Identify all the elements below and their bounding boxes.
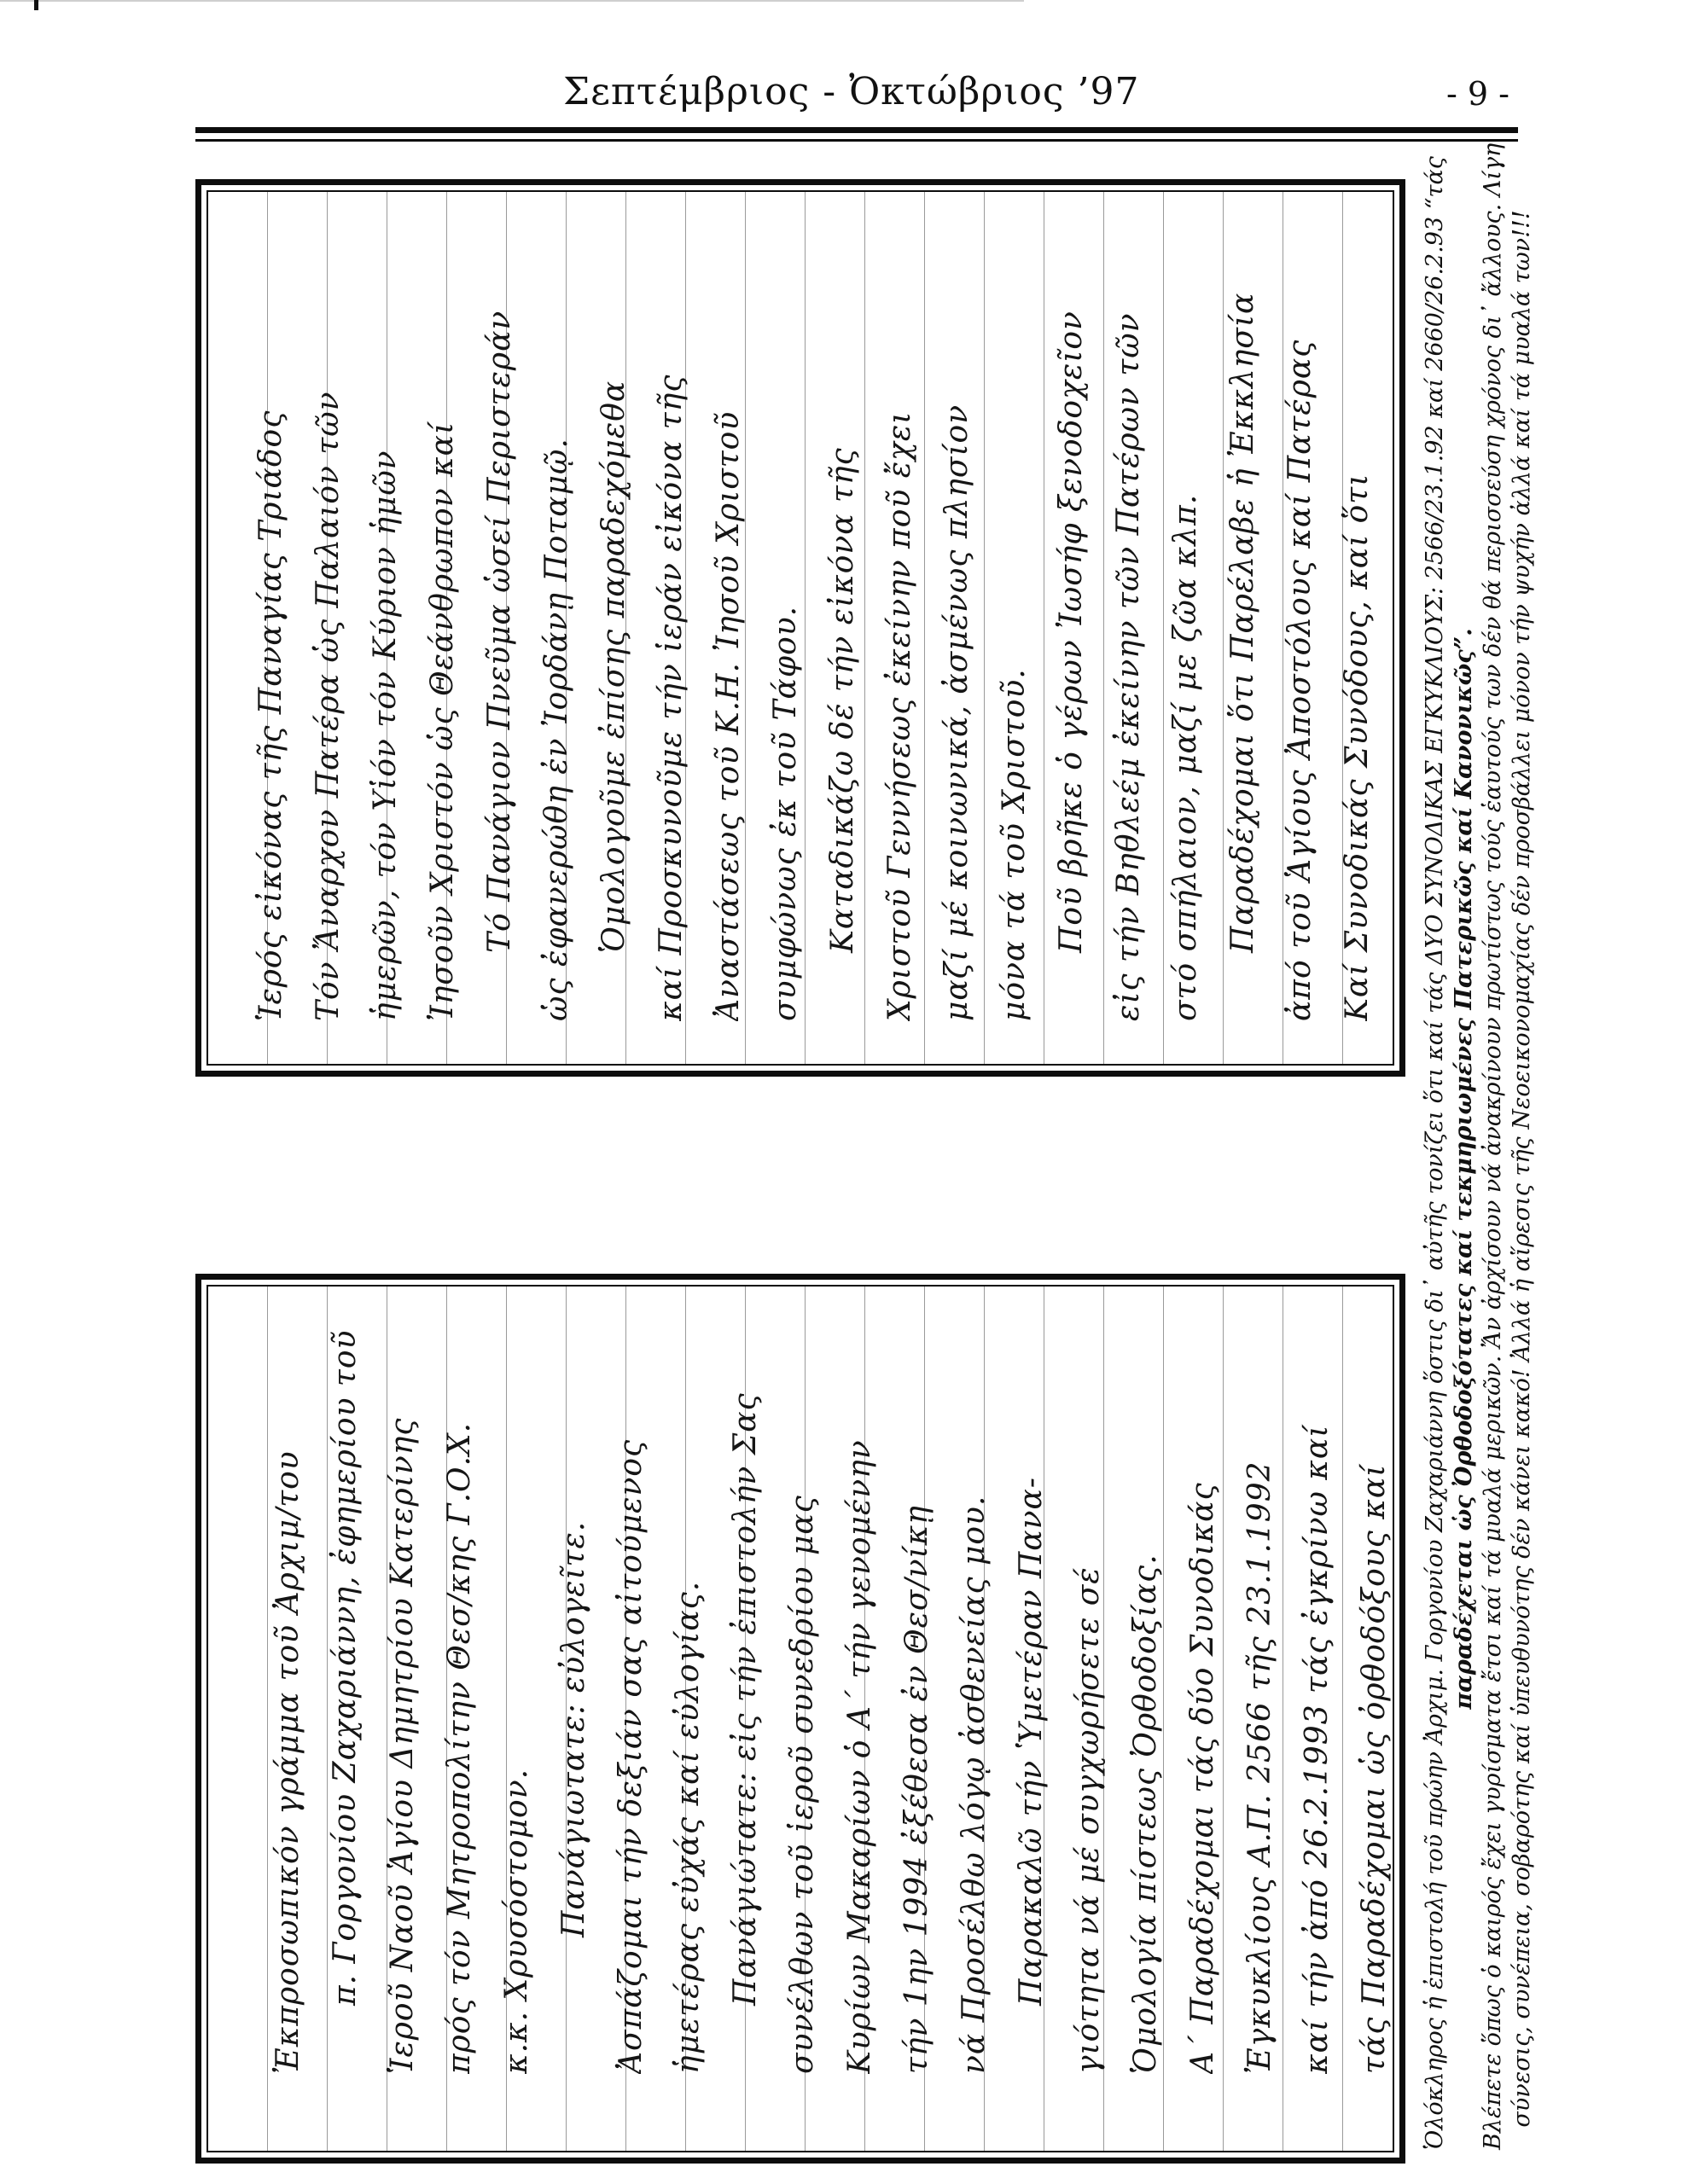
handwritten-letter-bottom: Ἐκπροσωπικόν γράμμα τοῦ Ἀρχιμ/του π. Γορ… — [208, 1285, 1394, 2151]
caption-line-4: σύνεσις, συνέπεια, σοβαρότης καί ὑπευθυν… — [1508, 188, 1537, 2150]
caption-line-1: Ὁλόκληρος ἡ ἐπιστολή τοῦ πρώην Ἀρχιμ. Γο… — [1421, 188, 1450, 2150]
letter-box-bottom: Ἐκπροσωπικόν γράμμα τοῦ Ἀρχιμ/του π. Γορ… — [195, 1274, 1405, 2164]
letter-line: Καθ᾽ ὅλα καί καθολικῶς. — [1386, 202, 1394, 1021]
letter-line: Ὁμολογία πίστεως Ὀρθοδοξίας. — [1117, 1298, 1174, 2074]
letter-line: Τόν Ἄναρχον Πατέρα ὡς Παλαιόν τῶν — [300, 202, 357, 1021]
caption-block: Ὁλόκληρος ἡ ἐπιστολή τοῦ πρώην Ἀρχιμ. Γο… — [1421, 188, 1537, 2150]
letter-line: Ἐκπροσωπικόν γράμμα τοῦ Ἀρχιμ/του — [259, 1298, 317, 2074]
letter-line: γιότητα νά μέ συγχωρήσετε σέ — [1060, 1298, 1117, 2074]
letter-line: Πανάγιωτατε: εὐλογεῖτε. — [545, 1298, 602, 2074]
letter-line: καί Προσκυνοῦμε τήν ἱεράν εἰκόνα τῆς — [643, 202, 700, 1021]
handwritten-letter-top: Ἱερός εἰκόνας τῆς Παναγίας Τριάδος Τόν Ἄ… — [208, 190, 1394, 1064]
letter-line: Ἀσπάζομαι τήν δεξιάν σας αἰτούμενος — [602, 1298, 660, 2074]
letter-line: καί τήν ἀπό 26.2.1993 τάς ἐγκρίνω καί — [1288, 1298, 1346, 2074]
scan-artifact — [34, 0, 38, 10]
letter-line: Ἀναστάσεως τοῦ Κ.Η. Ἰησοῦ Χριστοῦ — [700, 202, 757, 1021]
page-number: - 9 - — [1446, 75, 1509, 113]
letter-line: Ἰησοῦν Χριστόν ὡς Θεάνθρωπον καί — [414, 202, 471, 1021]
letter-line: ἡμετέρας εὐχάς καί εὐλογίας. — [660, 1298, 717, 2074]
header-rule-thick — [195, 127, 1518, 133]
letter-line: Χριστοῦ Γεννήσεως ἐκείνην ποῦ ἔχει — [871, 202, 928, 1021]
letter-line: συνέλθων τοῦ ἱεροῦ συνεδρίου μας — [774, 1298, 831, 2074]
letter-line: τάς Παραδέχομαι ὡς ὀρθοδόξους καί — [1346, 1298, 1394, 2074]
letter-line: μόνα τά τοῦ Χριστοῦ. — [986, 202, 1043, 1021]
letter-line: μαζί μέ κοινωνικά, ἀσμένως πλησίον — [928, 202, 986, 1021]
letter-line: ἀπό τοῦ Ἁγίους Ἀποστόλους καί Πατέρας — [1271, 202, 1329, 1021]
letter-line: Τό Πανάγιον Πνεῦμα ὡσεί Περιστεράν — [471, 202, 528, 1021]
letter-line: Κυρίων Μακαρίων ὁ Α΄ τήν γενομένην — [831, 1298, 888, 2074]
letter-line: Ὁμολογοῦμε ἐπίσης παραδεχόμεθα — [585, 202, 643, 1021]
letter-line: Παραδέχομαι ὅτι Παρέλαβε ἡ Ἐκκλησία — [1214, 202, 1271, 1021]
letter-box-inner-frame: Ἐκπροσωπικόν γράμμα τοῦ Ἀρχιμ/του π. Γορ… — [206, 1285, 1394, 2152]
letter-line: ὡς ἐφανερώθη ἐν Ἰορδάνῃ Ποταμῷ. — [528, 202, 585, 1021]
letter-box-top: Ἱερός εἰκόνας τῆς Παναγίας Τριάδος Τόν Ἄ… — [195, 179, 1405, 1077]
letter-line: νά Προσέλθω λόγῳ ἀσθενείας μου. — [945, 1298, 1003, 2074]
caption-line-2-bold: παραδέχεται ὡς Ὀρθοδοξότατες καί τεκμηρι… — [1450, 188, 1479, 2150]
letter-line: Καταδικάζω δέ τήν εἰκόνα τῆς — [814, 202, 871, 1021]
letter-line: ἡμερῶν, τόν Υἱόν τόν Κύριον ἡμῶν — [357, 202, 414, 1021]
letter-line: Ποῦ βρῆκε ὁ γέρων Ἰωσήφ ξενοδοχεῖον — [1043, 202, 1100, 1021]
letter-line: κ.κ. Χρυσόστομον. — [488, 1298, 545, 2074]
page-title: Σεπτέμβριος - Ὀκτώβριος ’97 — [563, 70, 1140, 113]
letter-line: στό σπήλαιον, μαζί με ζῶα κλπ. — [1157, 202, 1214, 1021]
letter-line: Ἱερός εἰκόνας τῆς Παναγίας Τριάδος — [242, 202, 300, 1021]
letter-line: π. Γοργονίου Ζαχαριάννη, ἐφημερίου τοῦ — [317, 1298, 374, 2074]
scan-edge-line — [0, 0, 1024, 2]
letter-box-inner-frame: Ἱερός εἰκόνας τῆς Παναγίας Τριάδος Τόν Ἄ… — [206, 190, 1394, 1066]
letter-line: εἰς τήν Βηθλεέμ ἐκείνην τῶν Πατέρων τῶν — [1100, 202, 1157, 1021]
letter-line: πρός τόν Μητροπολίτην Θεσ/κης Γ.Ο.Χ. — [431, 1298, 488, 2074]
letter-line: συμφώνως ἐκ τοῦ Τάφου. — [757, 202, 814, 1021]
letter-line: τήν 1ην 1994 ἐξέθεσα ἐν Θεσ/νίκῃ — [888, 1298, 945, 2074]
letter-line: Ἐγκυκλίους Α.Π. 2566 τῆς 23.1.1992 — [1231, 1298, 1288, 2074]
letter-line: Παρακαλῶ τήν Ὑμετέραν Πανα- — [1003, 1298, 1060, 2074]
letter-line: Καί Συνοδικάς Συνόδους, καί ὅτι — [1329, 202, 1386, 1021]
letter-line: Πανάγιώτατε: εἰς τήν ἐπιστολήν Σας — [717, 1298, 774, 2074]
letter-line: Ἱεροῦ Ναοῦ Ἁγίου Δημητρίου Κατερίνης — [374, 1298, 431, 2074]
header-rule-thin — [195, 139, 1518, 142]
letter-line: Α΄ Παραδέχομαι τάς δύο Συνοδικάς — [1174, 1298, 1231, 2074]
caption-line-3: Βλέπετε ὅπως ὁ καιρός ἔχει γυρίσματα ἔτσ… — [1479, 188, 1508, 2150]
